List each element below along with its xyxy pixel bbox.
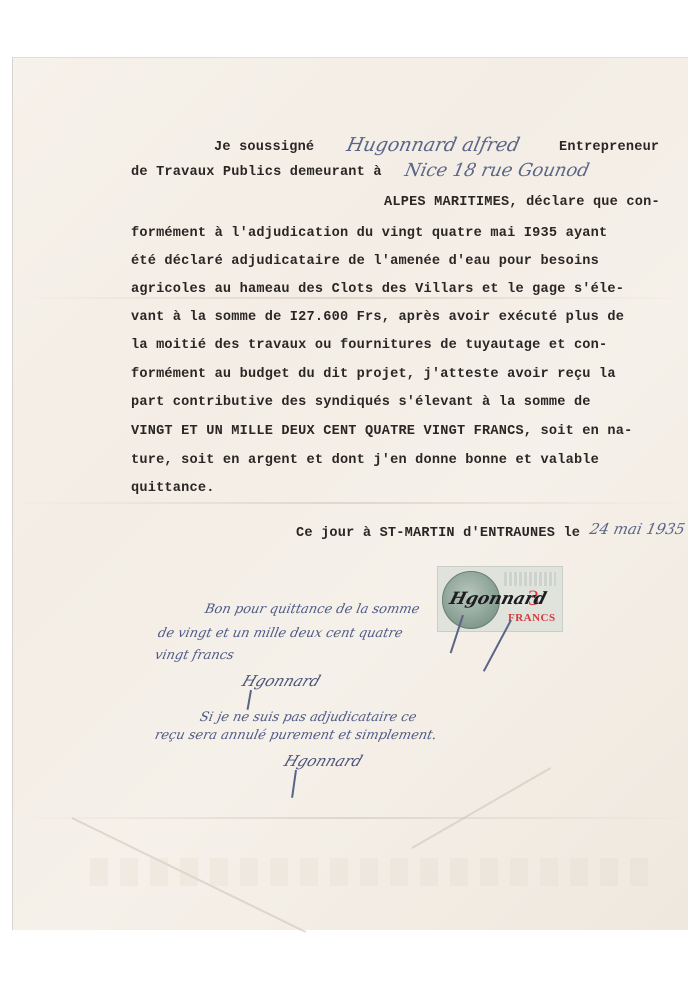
typed-text-line-9: formément au budget du dit projet, j'att…	[131, 367, 616, 382]
typed-text-line-7: vant à la somme de I27.600 Frs, après av…	[131, 310, 624, 325]
fiscal-stamp: 3 FRANCS Hgonnard	[437, 566, 563, 632]
paper-crease	[412, 767, 552, 849]
typed-text-line-5: été déclaré adjudicataire de l'amenée d'…	[131, 254, 599, 269]
stamp-header	[504, 572, 556, 586]
handwritten-signature-2: Hgonnard	[282, 752, 365, 770]
handwritten-note-1-line-3: vingt francs	[153, 648, 235, 663]
typed-text-line-8: la moitié des travaux ou fournitures de …	[131, 338, 607, 353]
paper-watermark	[90, 858, 650, 886]
paper-fold-line	[12, 817, 688, 819]
paper-fold-line	[12, 502, 688, 504]
typed-text-line-10: part contributive des syndiqués s'élevan…	[131, 395, 591, 410]
handwritten-note-1-line-2: de vingt et un mille deux cent quatre	[156, 626, 404, 641]
typed-dateline: Ce jour à ST-MARTIN d'ENTRAUNES le	[296, 526, 580, 541]
typed-text-line-3: ALPES MARITIMES, déclare que con-	[384, 195, 660, 210]
typed-text-line-11: VINGT ET UN MILLE DEUX CENT QUATRE VINGT…	[131, 424, 632, 439]
typed-text-line-12: ture, soit en argent et dont j'en donne …	[131, 453, 599, 468]
typed-text-line-13: quittance.	[131, 481, 215, 496]
handwritten-date: 24 mai 1935	[588, 520, 687, 538]
paper-fold-line	[12, 297, 688, 299]
handwritten-note-2-line-2: reçu sera annulé purement et simplement.	[153, 728, 438, 743]
typed-text-line-6: agricoles au hameau des Clots des Villar…	[131, 282, 624, 297]
document-page	[12, 57, 688, 930]
handwritten-note-1-line-1: Bon pour quittance de la somme	[203, 602, 421, 617]
stamp-cancellation-signature: Hgonnard	[447, 589, 548, 609]
handwritten-name: Hugonnard alfred	[345, 134, 522, 156]
handwritten-signature-1: Hgonnard	[240, 672, 323, 690]
handwritten-note-2-line-1: Si je ne suis pas adjudicataire ce	[198, 710, 417, 725]
typed-text-line-4: formément à l'adjudication du vingt quat…	[131, 226, 607, 241]
typed-text-line-2: de Travaux Publics demeurant à	[131, 165, 382, 180]
stamp-unit: FRANCS	[508, 612, 556, 624]
handwritten-address: Nice 18 rue Gounod	[403, 160, 591, 181]
typed-text-entrepreneur: Entrepreneur	[559, 140, 659, 155]
typed-text-je-soussigne: Je soussigné	[214, 140, 314, 155]
